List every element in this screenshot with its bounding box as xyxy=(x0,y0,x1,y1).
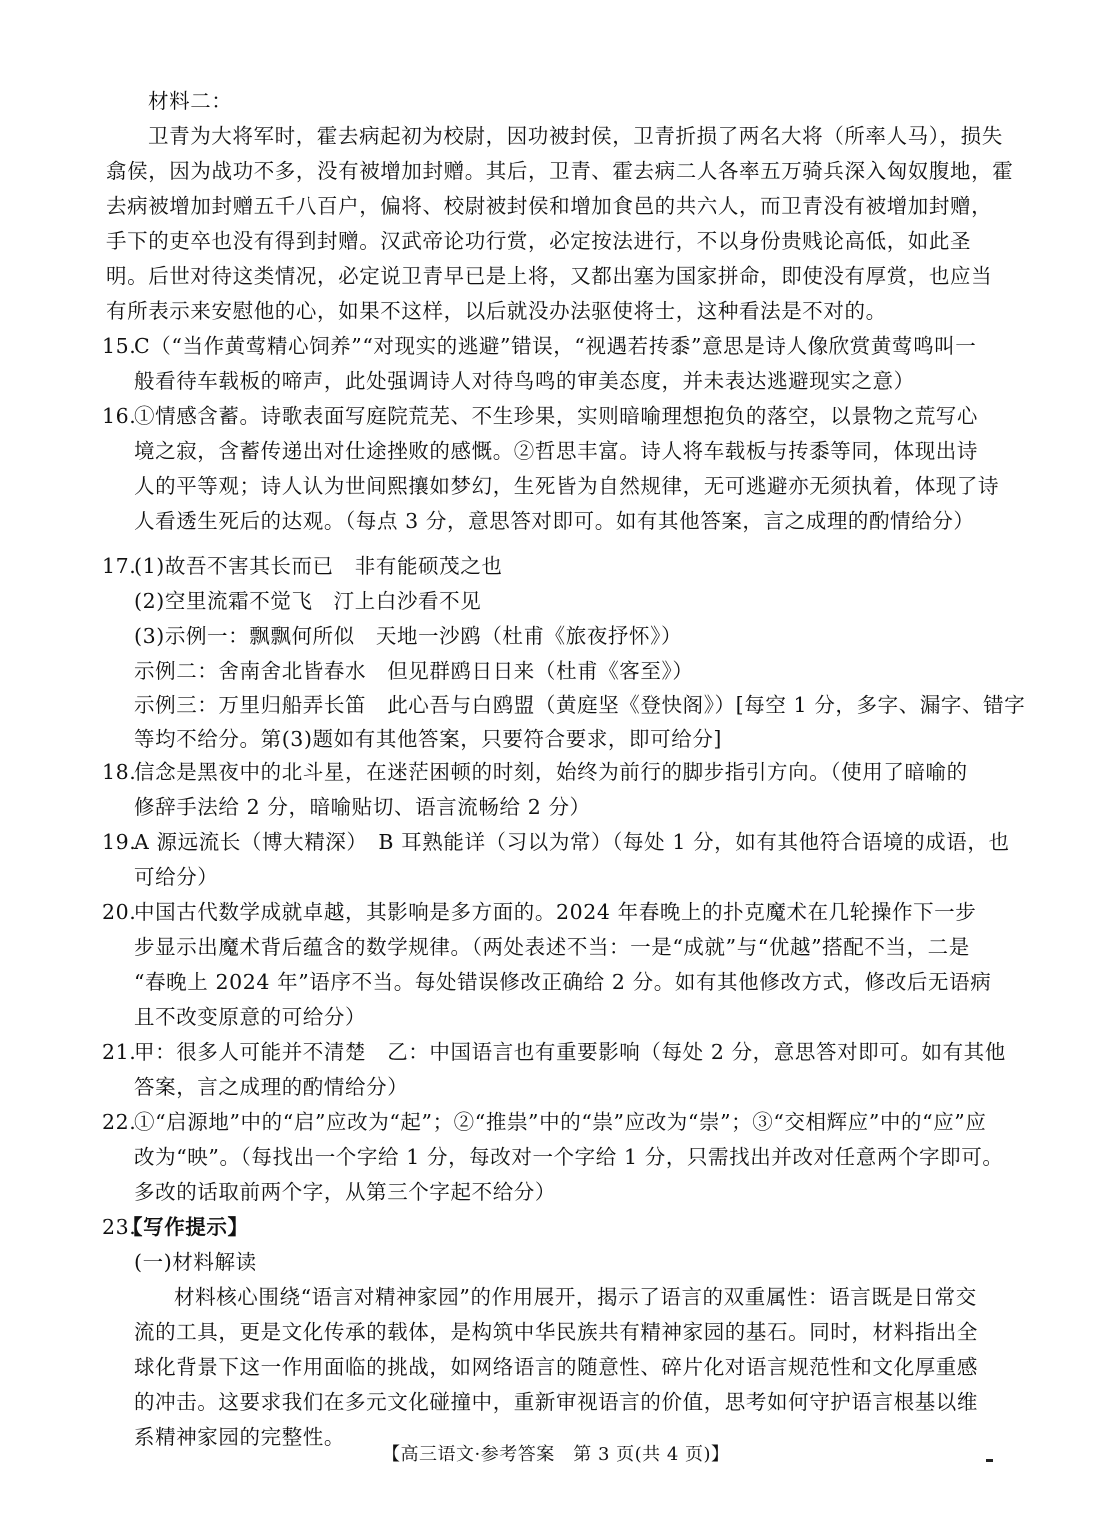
material2-line: 卫青为大将军时，霍去病起初为校尉，因功被封侯，卫青折损了两名大将（所率人马），损… xyxy=(148,121,1003,151)
answer-22-line: ①“启源地”中的“启”应改为“起”；②“推祟”中的“祟”应改为“崇”；③“交相辉… xyxy=(134,1107,986,1137)
material2-line: 翕侯，因为战功不多，没有被增加封赠。其后，卫青、霍去病二人各率五万骑兵深入匈奴腹… xyxy=(106,156,1013,186)
answer-17-line: 等均不给分。第(3)题如有其他答案，只要符合要求，即可给分] xyxy=(134,724,722,754)
answer-number: 17. xyxy=(102,551,136,581)
answer-20-line: 步显示出魔术背后蕴含的数学规律。（两处表述不当：一是“成就”与“优越”搭配不当，… xyxy=(134,932,970,962)
answer-16-line: 人看透生死后的达观。（每点 3 分，意思答对即可。如有其他答案，言之成理的酌情给… xyxy=(134,506,975,536)
answer-23-line: 材料核心围绕“语言对精神家园”的作用展开，揭示了语言的双重属性：语言既是日常交 xyxy=(174,1282,977,1312)
answer-17-line: 示例三：万里归船弄长笛 此心吾与白鸥盟（黄庭坚《登快阁》）[每空 1 分，多字、… xyxy=(134,690,1025,720)
material2-line: 有所表示来安慰他的心，如果不这样，以后就没办法驱使将士，这种看法是不对的。 xyxy=(106,296,887,326)
answer-15-line: 般看待车载板的啼声，此处强调诗人对待鸟鸣的审美态度，并未表达逃避现实之意） xyxy=(134,366,915,396)
scan-mark xyxy=(986,1459,993,1466)
answer-number: 22. xyxy=(102,1107,136,1137)
writing-tips-heading: 【写作提示】 xyxy=(122,1212,249,1242)
answer-19-line: 可给分） xyxy=(134,862,218,892)
answer-19-line: A 源远流长（博大精深） B 耳熟能详（习以为常）（每处 1 分，如有其他符合语… xyxy=(134,827,1010,857)
material2-line: 手下的吏卒也没有得到封赠。汉武帝论功行赏，必定按法进行，不以身份贵贱论高低，如此… xyxy=(106,226,971,256)
answer-number: 15. xyxy=(102,331,136,361)
answer-17-line: (1)故吾不害其长而已 非有能硕茂之也 xyxy=(134,551,502,581)
answer-17-line: 示例二：舍南舍北皆春水 但见群鸥日日来（杜甫《客至》） xyxy=(134,656,693,686)
page-footer: 【高三语文·参考答案 第 3 页(共 4 页)】 xyxy=(382,1442,730,1468)
material-interpretation-subheading: (一)材料解读 xyxy=(134,1247,257,1277)
answer-number: 16. xyxy=(102,401,136,431)
answer-23-line: 的冲击。这要求我们在多元文化碰撞中，重新审视语言的价值，思考如何守护语言根基以维 xyxy=(134,1387,978,1417)
answer-number: 20. xyxy=(102,897,136,927)
answer-key-page: 材料二： 卫青为大将军时，霍去病起初为校尉，因功被封侯，卫青折损了两名大将（所率… xyxy=(0,0,1093,1536)
answer-number: 18. xyxy=(102,757,136,787)
answer-16-line: 境之寂，含蓄传递出对仕途挫败的感慨。②哲思丰富。诗人将车载板与抟黍等同，体现出诗 xyxy=(134,436,978,466)
answer-20-line: 中国古代数学成就卓越，其影响是多方面的。2024 年春晚上的扑克魔术在几轮操作下… xyxy=(134,897,976,927)
answer-21-line: 甲：很多人可能并不清楚 乙：中国语言也有重要影响（每处 2 分，意思答对即可。如… xyxy=(134,1037,1006,1067)
material2-line: 明。后世对待这类情况，必定说卫青早已是上将，又都出塞为国家拼命，即使没有厚赏，也… xyxy=(106,261,992,291)
answer-23-line: 球化背景下这一作用面临的挑战，如网络语言的随意性、碎片化对语言规范性和文化厚重感 xyxy=(134,1352,978,1382)
answer-17-line: (3)示例一：飘飘何所似 天地一沙鸥（杜甫《旅夜抒怀》） xyxy=(134,621,682,651)
material2-line: 去病被增加封赠五千八百户，偏将、校尉被封侯和增加食邑的共六人，而卫青没有被增加封… xyxy=(106,191,992,221)
material2-heading: 材料二： xyxy=(148,86,232,116)
answer-20-line: 且不改变原意的可给分） xyxy=(134,1002,366,1032)
answer-18-line: 信念是黑夜中的北斗星，在迷茫困顿的时刻，始终为前行的脚步指引方向。（使用了暗喻的 xyxy=(134,757,968,787)
answer-23-line: 流的工具，更是文化传承的载体，是构筑中华民族共有精神家园的基石。同时，材料指出全 xyxy=(134,1317,978,1347)
answer-17-line: (2)空里流霜不觉飞 汀上白沙看不见 xyxy=(134,586,481,616)
answer-16-line: ①情感含蓄。诗歌表面写庭院荒芜、不生珍果，实则暗喻理想抱负的落空，以景物之荒写心 xyxy=(134,401,978,431)
answer-number: 21. xyxy=(102,1037,136,1067)
answer-16-line: 人的平等观；诗人认为世间熙攘如梦幻，生死皆为自然规律，无可逃避亦无须执着，体现了… xyxy=(134,471,999,501)
answer-number: 19. xyxy=(102,827,136,857)
answer-23-line: 系精神家园的完整性。 xyxy=(134,1422,345,1452)
answer-22-line: 多改的话取前两个字，从第三个字起不给分） xyxy=(134,1177,556,1207)
answer-21-line: 答案，言之成理的酌情给分） xyxy=(134,1072,408,1102)
answer-18-line: 修辞手法给 2 分，暗喻贴切、语言流畅给 2 分） xyxy=(134,792,591,822)
answer-15-line: C（“当作黄莺精心饲养”“对现实的逃避”错误，“视遇若抟黍”意思是诗人像欣赏黄莺… xyxy=(134,331,976,361)
answer-22-line: 改为“映”。（每找出一个字给 1 分，每改对一个字给 1 分，只需找出并改对任意… xyxy=(134,1142,1003,1172)
answer-20-line: “春晚上 2024 年”语序不当。每处错误修改正确给 2 分。如有其他修改方式，… xyxy=(134,967,991,997)
